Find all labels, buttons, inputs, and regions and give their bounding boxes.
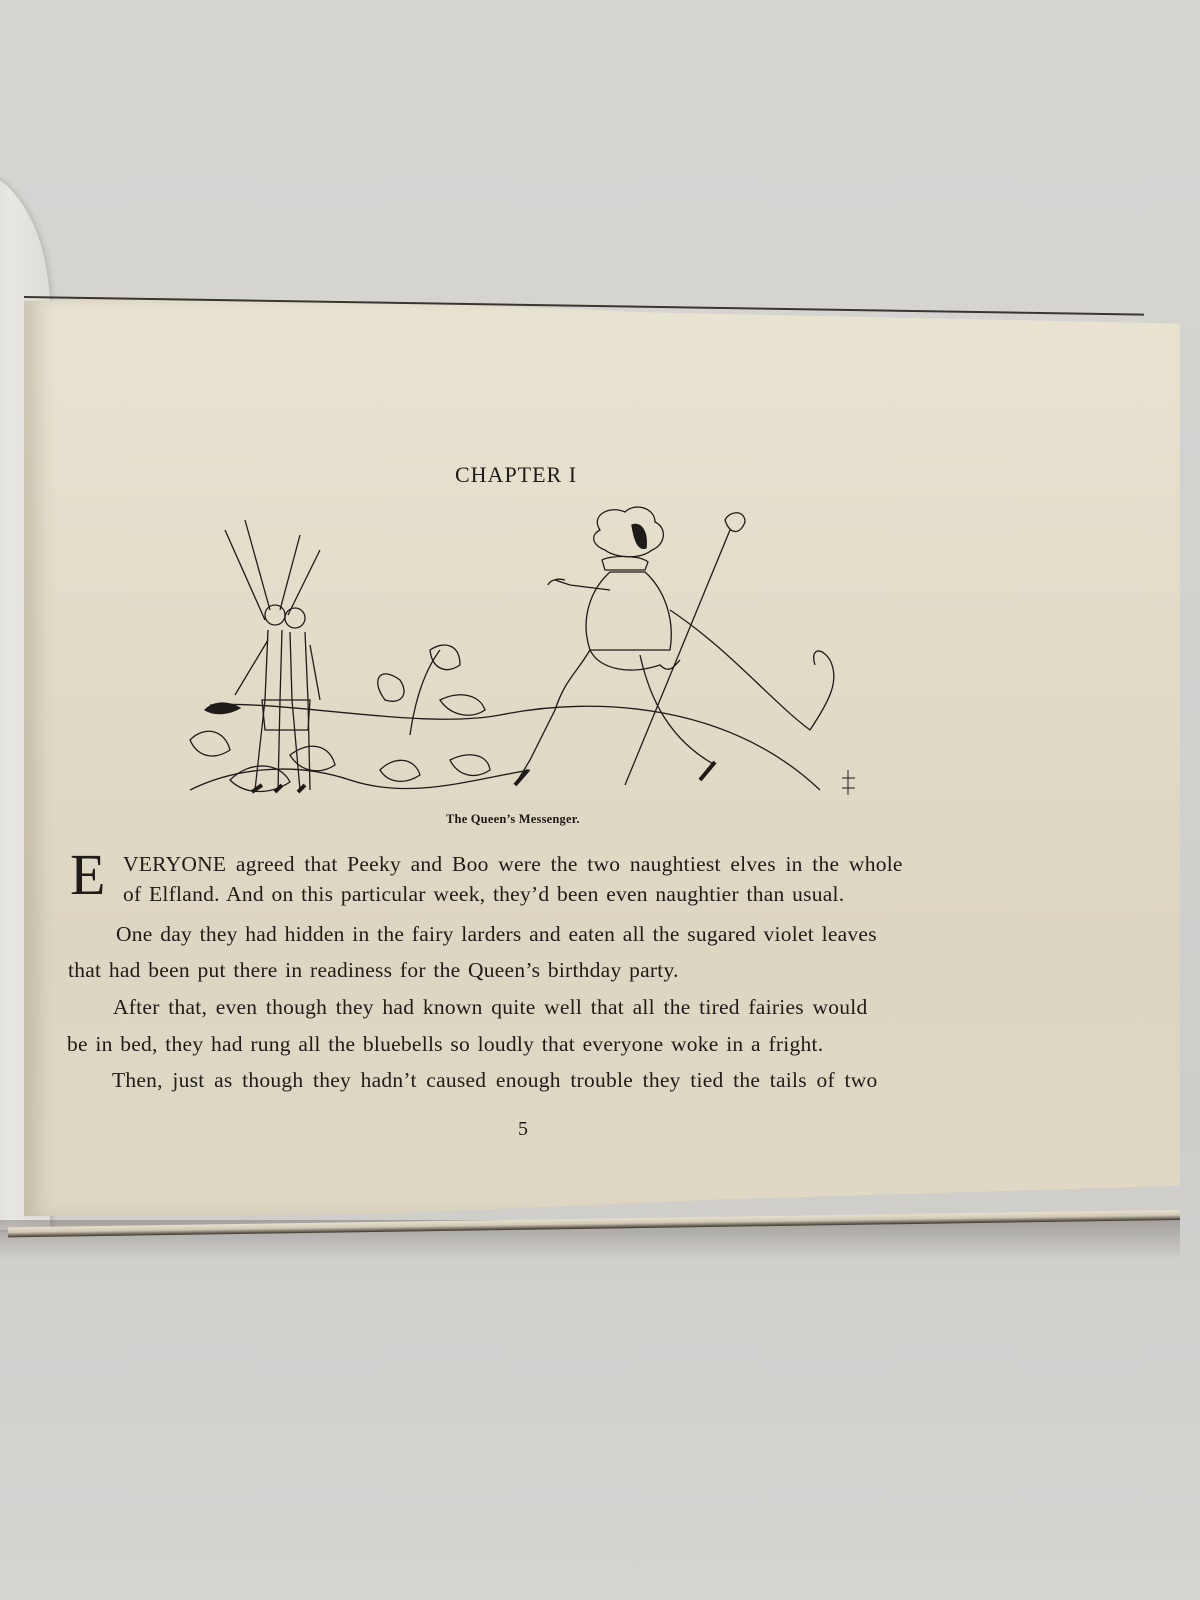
text-line: VERYONE agreed that Peeky and Boo were t… [123, 852, 903, 877]
vine-icon [210, 704, 820, 790]
text-line: After that, even though they had known q… [113, 995, 868, 1020]
text-line: One day they had hidden in the fairy lar… [116, 922, 877, 947]
messenger-figure [515, 507, 834, 785]
plant-leaves [378, 645, 490, 781]
text-line: of Elfland. And on this particular week,… [123, 882, 844, 907]
drop-cap: E [70, 846, 105, 904]
illustration-queens-messenger [170, 500, 870, 810]
text-line: that had been put there in readiness for… [68, 958, 679, 983]
text-line: Then, just as though they hadn’t caused … [112, 1068, 878, 1093]
artist-monogram-icon [842, 770, 855, 795]
chapter-title: CHAPTER I [455, 462, 577, 488]
elves-figures [225, 520, 320, 792]
text-line: be in bed, they had rung all the bluebel… [67, 1032, 823, 1057]
page-number: 5 [518, 1118, 528, 1141]
illustration-caption: The Queen’s Messenger. [446, 812, 580, 827]
